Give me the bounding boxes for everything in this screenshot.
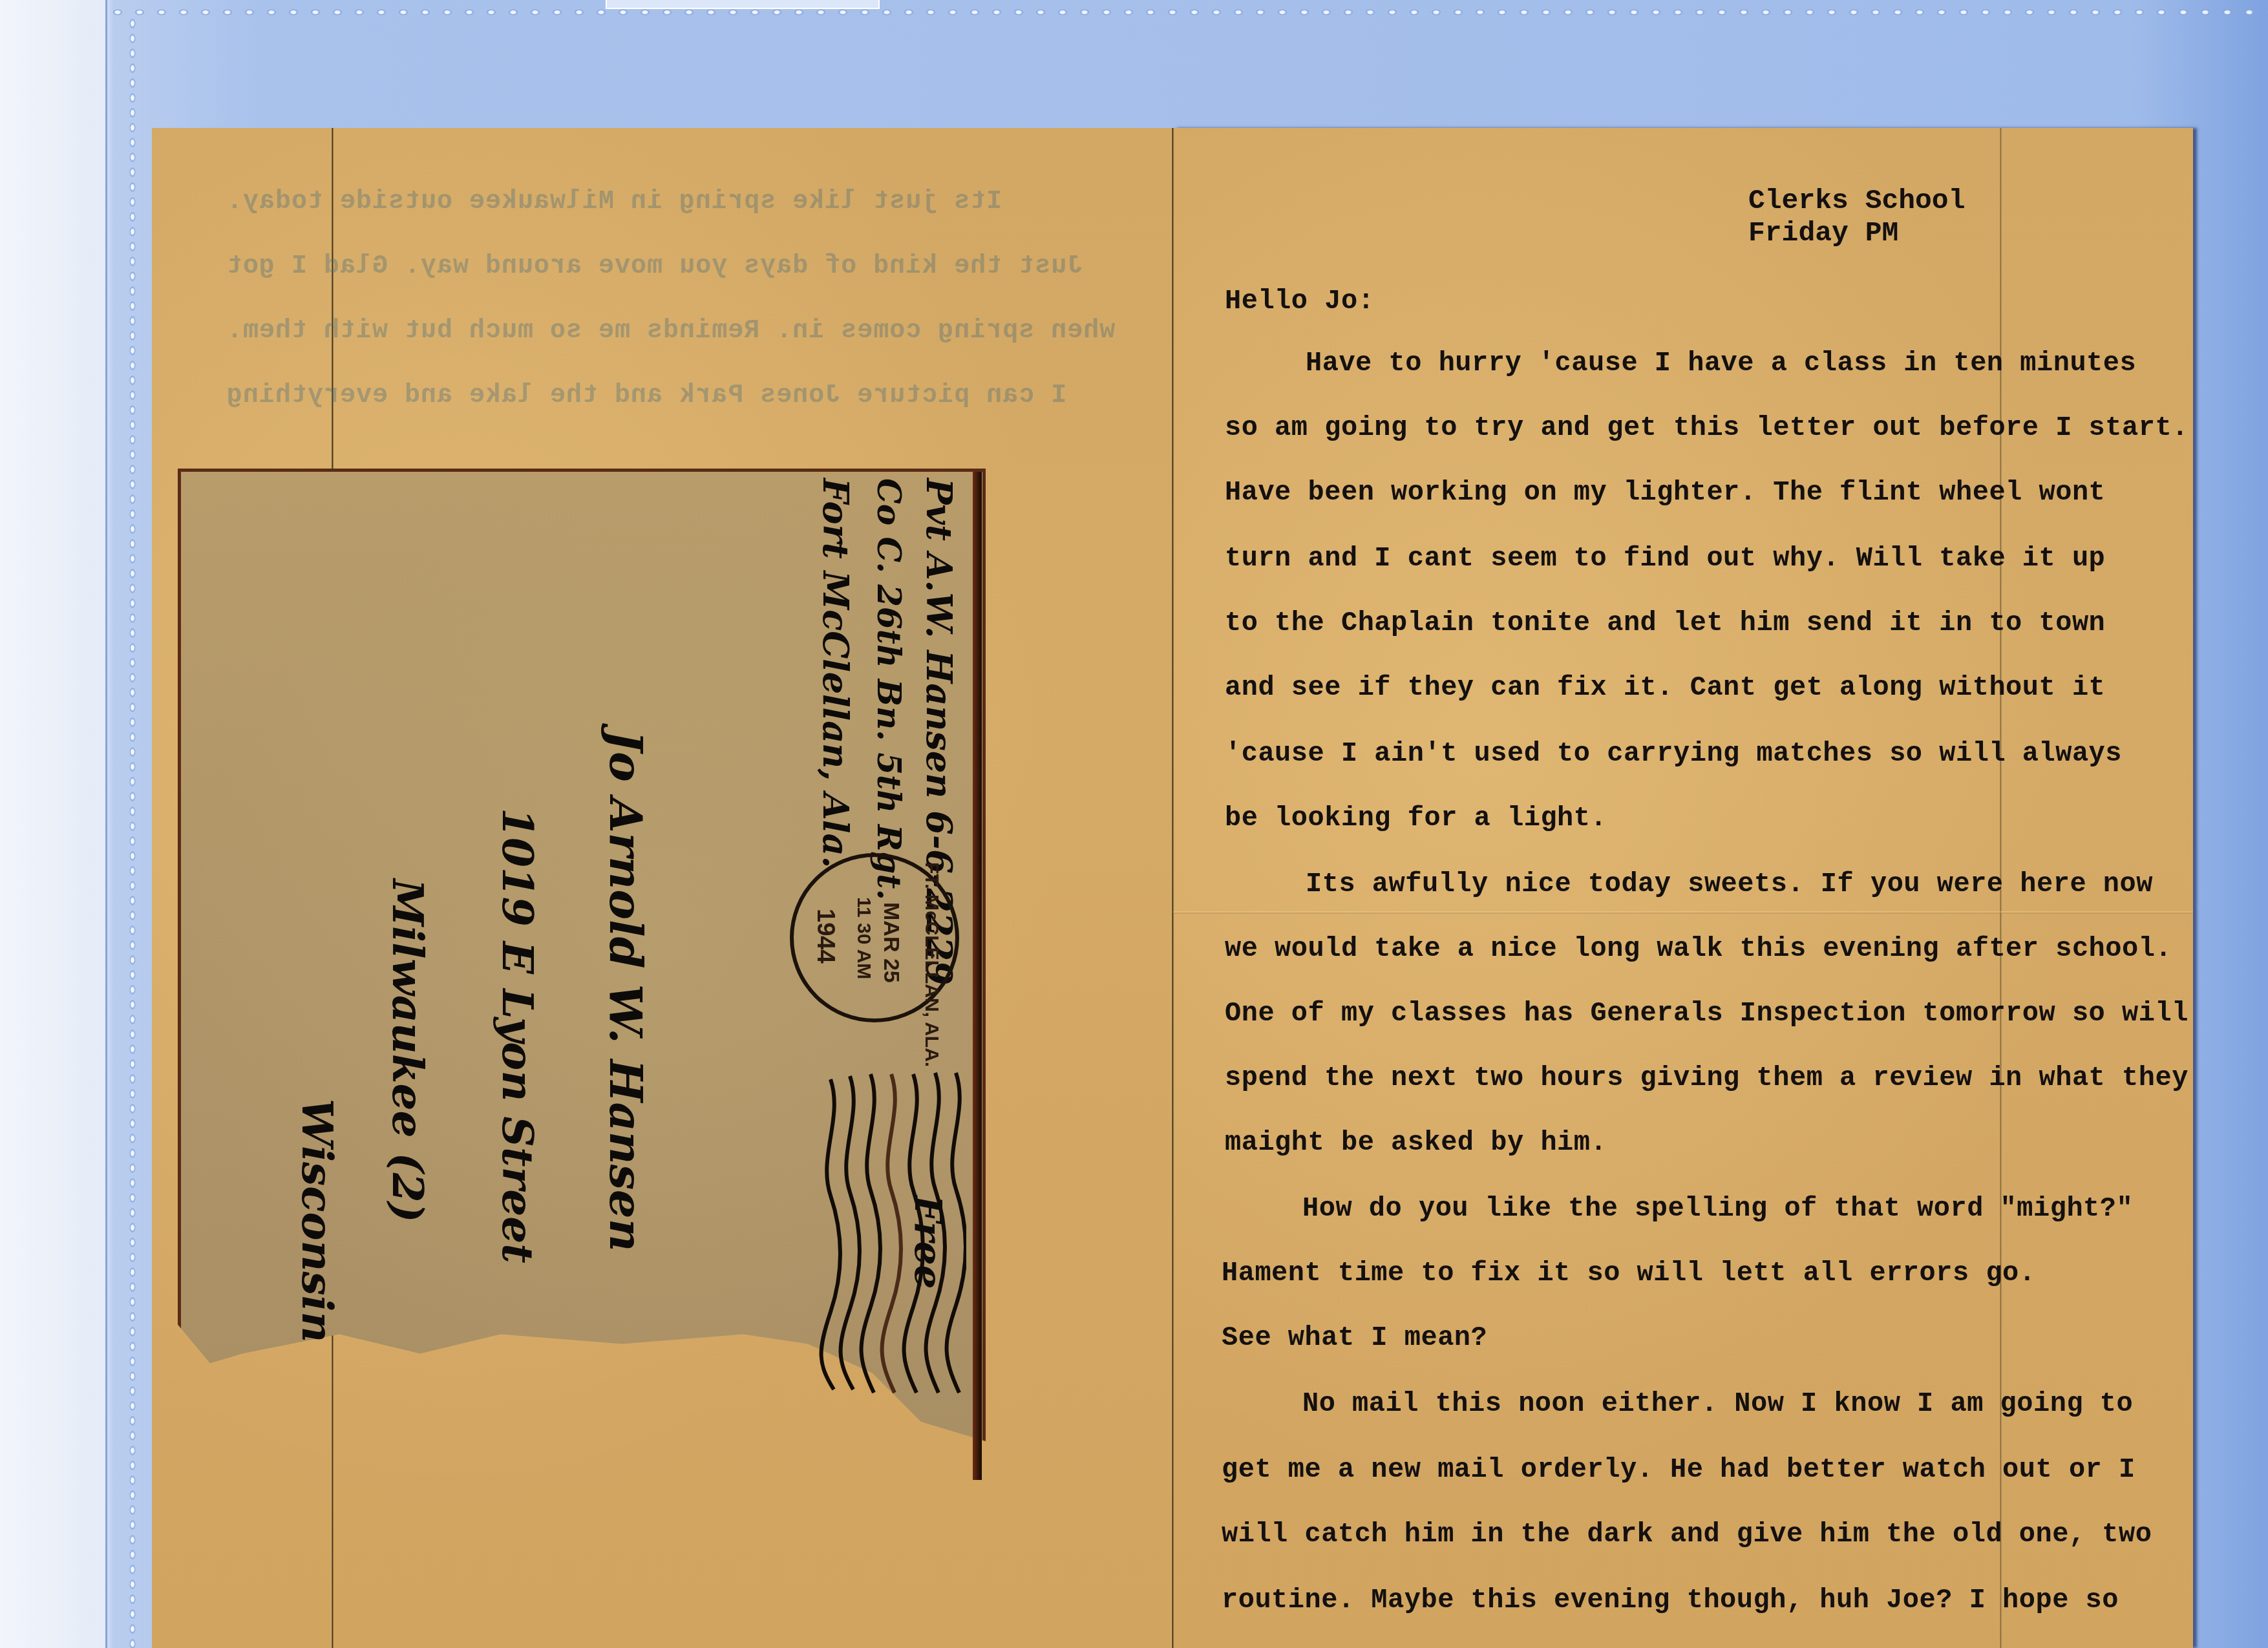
sleeve-edge bbox=[105, 0, 107, 1648]
return-line: Co C. 26th Bn. 5th Rgt. bbox=[870, 478, 908, 900]
recipient-line: Milwaukee (2) bbox=[383, 879, 433, 1223]
postmark: FT. McCLELLAN, ALA. MAR 25 11 30 AM 1944 bbox=[790, 853, 959, 1022]
letter-line: Have to hurry 'cause I have a class in t… bbox=[1306, 348, 2268, 379]
letter-line: will catch him in the dark and give him … bbox=[1222, 1519, 2191, 1550]
center-seam bbox=[1171, 128, 1174, 1648]
fold-crease-horizontal bbox=[1173, 911, 2193, 914]
heading-location: Clerks School bbox=[1748, 185, 1965, 217]
letter-line: we would take a nice long walk this even… bbox=[1225, 933, 2194, 964]
letter-line: One of my classes has Generals Inspectio… bbox=[1225, 998, 2194, 1029]
envelope-edge bbox=[973, 472, 982, 1480]
letter-line: Have been working on my lighter. The fli… bbox=[1225, 477, 2194, 508]
letter-line: get me a new mail orderly. He had better… bbox=[1222, 1454, 2191, 1485]
letter-line: turn and I cant seem to find out why. Wi… bbox=[1225, 543, 2194, 574]
letter-line: be looking for a light. bbox=[1225, 803, 2194, 834]
letter-line: so am going to try and get this letter o… bbox=[1225, 412, 2194, 443]
postmark-place: FT. McCLELLAN, ALA. bbox=[920, 862, 942, 1067]
sleeve-margin bbox=[0, 0, 107, 1648]
sleeve-stitching-left bbox=[125, 16, 140, 1648]
sleeve-tab bbox=[606, 0, 880, 9]
letter-heading: Clerks School Friday PM bbox=[1748, 185, 1965, 249]
ghost-line: Its just like spring in Milwaukee outsid… bbox=[226, 187, 1002, 217]
letter-line: spend the next two hours giving them a r… bbox=[1225, 1062, 2194, 1093]
letter-line: How do you like the spelling of that wor… bbox=[1302, 1193, 2268, 1224]
postmark-year: 1944 bbox=[811, 909, 839, 964]
letter-line: Its awfully nice today sweets. If you we… bbox=[1306, 869, 2268, 900]
letter-line: maight be asked by him. bbox=[1225, 1127, 2194, 1158]
ghost-line: I can picture Jones Park and the lake an… bbox=[226, 381, 1066, 410]
recipient-line: Wisconsin bbox=[292, 1099, 343, 1343]
letter-line: and see if they can fix it. Cant get alo… bbox=[1225, 672, 2194, 703]
letter-line: 'cause I ain't used to carrying matches … bbox=[1225, 738, 2194, 769]
salutation: Hello Jo: bbox=[1225, 286, 2194, 317]
letter-line: to the Chaplain tonite and let him send … bbox=[1225, 607, 2194, 639]
return-line: Fort McClellan, Ala. bbox=[815, 478, 856, 868]
sleeve-stitching-top bbox=[107, 5, 2268, 19]
postmark-time: 11 30 AM bbox=[853, 897, 874, 979]
letter-line: routine. Maybe this evening though, huh … bbox=[1222, 1585, 2191, 1616]
letter-line: No mail this noon either. Now I know I a… bbox=[1302, 1388, 2268, 1419]
letter-line: Hament time to fix it so will lett all e… bbox=[1222, 1258, 2191, 1289]
free-frank: Free bbox=[906, 1196, 950, 1289]
heading-day: Friday PM bbox=[1748, 217, 1965, 249]
letter-line: See what I mean? bbox=[1222, 1322, 2191, 1353]
recipient-line: Jo Arnold W. Hansen bbox=[599, 730, 653, 1252]
postmark-date: MAR 25 bbox=[878, 902, 904, 983]
ghost-line: when spring comes in. Reminds me so much… bbox=[226, 317, 1115, 346]
recipient-line: 1019 E Lyon Street bbox=[493, 808, 543, 1263]
ghost-line: Just the kind of days you move around wa… bbox=[226, 252, 1083, 281]
